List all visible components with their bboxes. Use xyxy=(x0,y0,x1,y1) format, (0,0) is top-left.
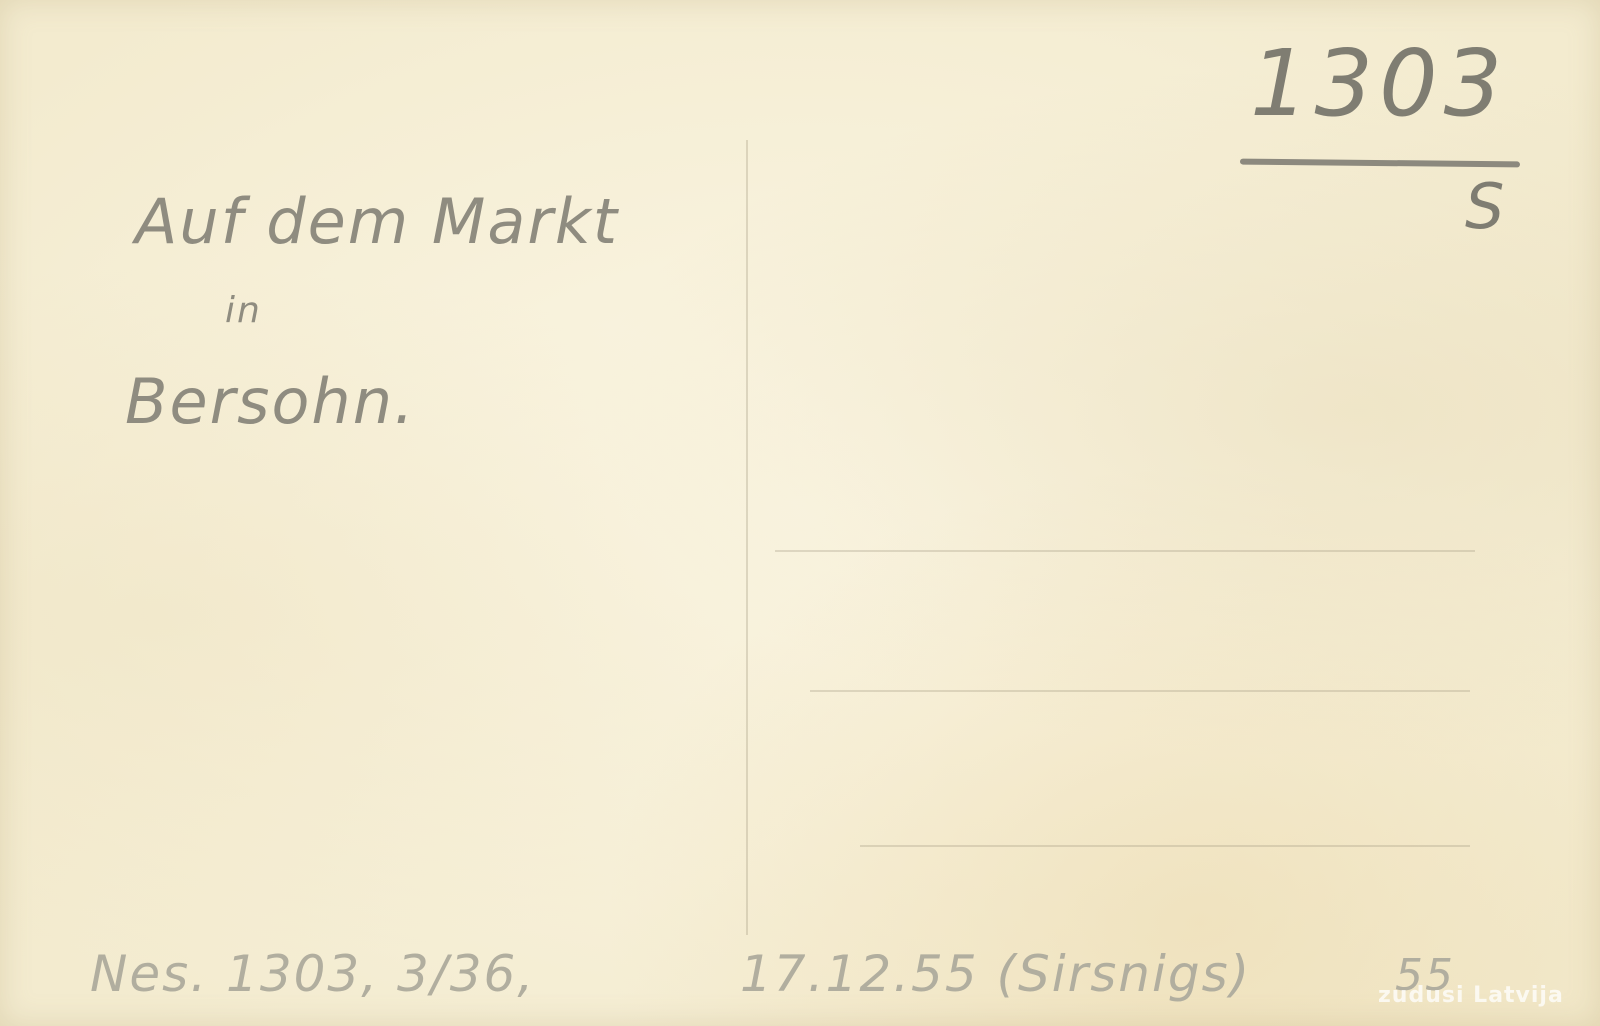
caption-line-2: in xyxy=(225,290,262,331)
fraction-bar xyxy=(1240,159,1520,168)
bottom-left-inscription: Nes. 1303, 3/36, xyxy=(90,945,535,1003)
caption-line-3: Bersohn. xyxy=(125,365,416,438)
catalog-number-main: 1303 xyxy=(1250,30,1508,137)
caption-line-1: Auf dem Markt xyxy=(135,185,619,258)
center-divider xyxy=(746,140,748,935)
address-line-3 xyxy=(860,845,1470,847)
catalog-number-sub: S xyxy=(1465,170,1504,243)
postcard-back: Auf dem Markt in Bersohn. 1303 S Nes. 13… xyxy=(0,0,1600,1026)
watermark: zudusi Latvija xyxy=(1378,983,1564,1008)
address-line-2 xyxy=(810,690,1470,692)
bottom-right-inscription: 17.12.55 (Sirsnigs) xyxy=(740,945,1251,1003)
address-line-1 xyxy=(775,550,1475,552)
